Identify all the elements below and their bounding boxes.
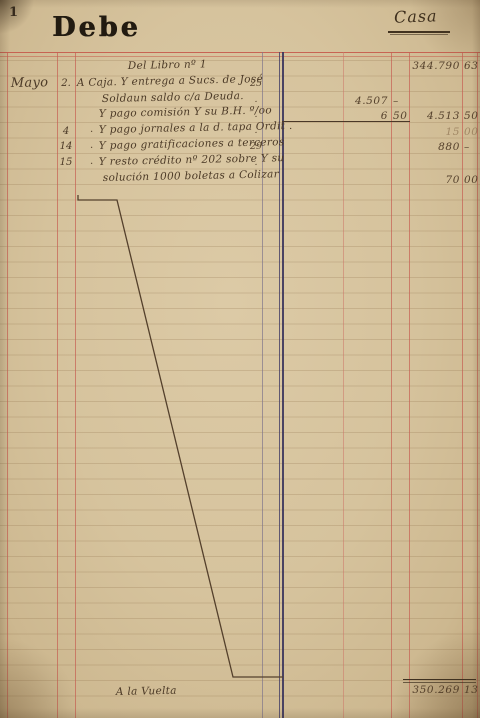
entry-text: Soldaun saldo c/a Deuda.: [102, 90, 244, 105]
entry-out-units: 15: [400, 126, 460, 138]
ledger-page: 1 Debe Casa Del Libro nº 1 344.790 63 Ma…: [0, 0, 480, 718]
total-rule-top: [403, 679, 476, 680]
entry-folio: .: [249, 94, 263, 105]
carry-total-units: 350.269: [400, 684, 460, 696]
entry-mid-cents: –: [393, 95, 399, 107]
entry-folio: .: [249, 125, 263, 136]
account-title-underline-2: [390, 34, 448, 35]
subtotal-rule: [282, 121, 410, 122]
entry-day: 15: [58, 157, 74, 168]
header-rule-bottom: [0, 56, 480, 57]
entry-day: 2.: [58, 78, 74, 89]
entry-folio: .: [249, 109, 263, 120]
mid-amount-cents-rule: [391, 52, 392, 718]
entry-mid-units: 4.507: [328, 95, 388, 107]
page-number: 1: [9, 5, 18, 20]
margin-rule-left: [7, 52, 8, 718]
ditto-mark: .: [90, 124, 93, 135]
entry-out-units: 70: [400, 174, 460, 186]
entry-day: 14: [58, 141, 74, 152]
margin-rule-right: [477, 52, 478, 718]
entry-folio: 29: [249, 141, 263, 152]
entry-text: Y pago jornales a la d. tapa Ordit .: [99, 120, 293, 136]
entry-text: Y pago comisión Y su B.H. º/oo: [99, 104, 272, 120]
ditto-mark: .: [90, 140, 93, 151]
opening-row-label: Del Libro nº 1: [128, 58, 207, 72]
carry-forward-label: A la Vuelta: [116, 685, 177, 698]
entry-out-cents: 00: [464, 174, 479, 186]
ditto-mark: .: [90, 156, 93, 167]
entry-text: A Caja. Y entrega a Sucs. de José: [77, 73, 263, 89]
total-rule-bottom: [403, 682, 476, 683]
entry-out-cents: 00: [464, 126, 479, 138]
entry-text: solución 1000 boletas a Colizar: [103, 168, 279, 184]
out-amount-cents-rule: [462, 52, 463, 718]
header-rule-top: [0, 52, 480, 53]
carry-total-cents: 13: [464, 684, 479, 696]
account-title-underline: [388, 31, 450, 33]
entry-folio: 25: [249, 78, 263, 89]
opening-amount-cents: 63: [464, 60, 479, 72]
opening-amount-units: 344.790: [400, 60, 460, 72]
entry-out-units: 880: [400, 141, 460, 153]
entry-folio: .: [249, 157, 263, 168]
account-title: Casa: [394, 6, 438, 27]
month-label: Mayo: [11, 75, 49, 91]
mid-amount-rule-left: [343, 52, 344, 718]
debit-title: Debe: [52, 12, 141, 43]
entry-day: 4: [58, 126, 74, 137]
entry-out-cents: 50: [464, 110, 479, 122]
day-column-rule: [75, 52, 76, 718]
entry-out-cents: –: [464, 141, 470, 153]
